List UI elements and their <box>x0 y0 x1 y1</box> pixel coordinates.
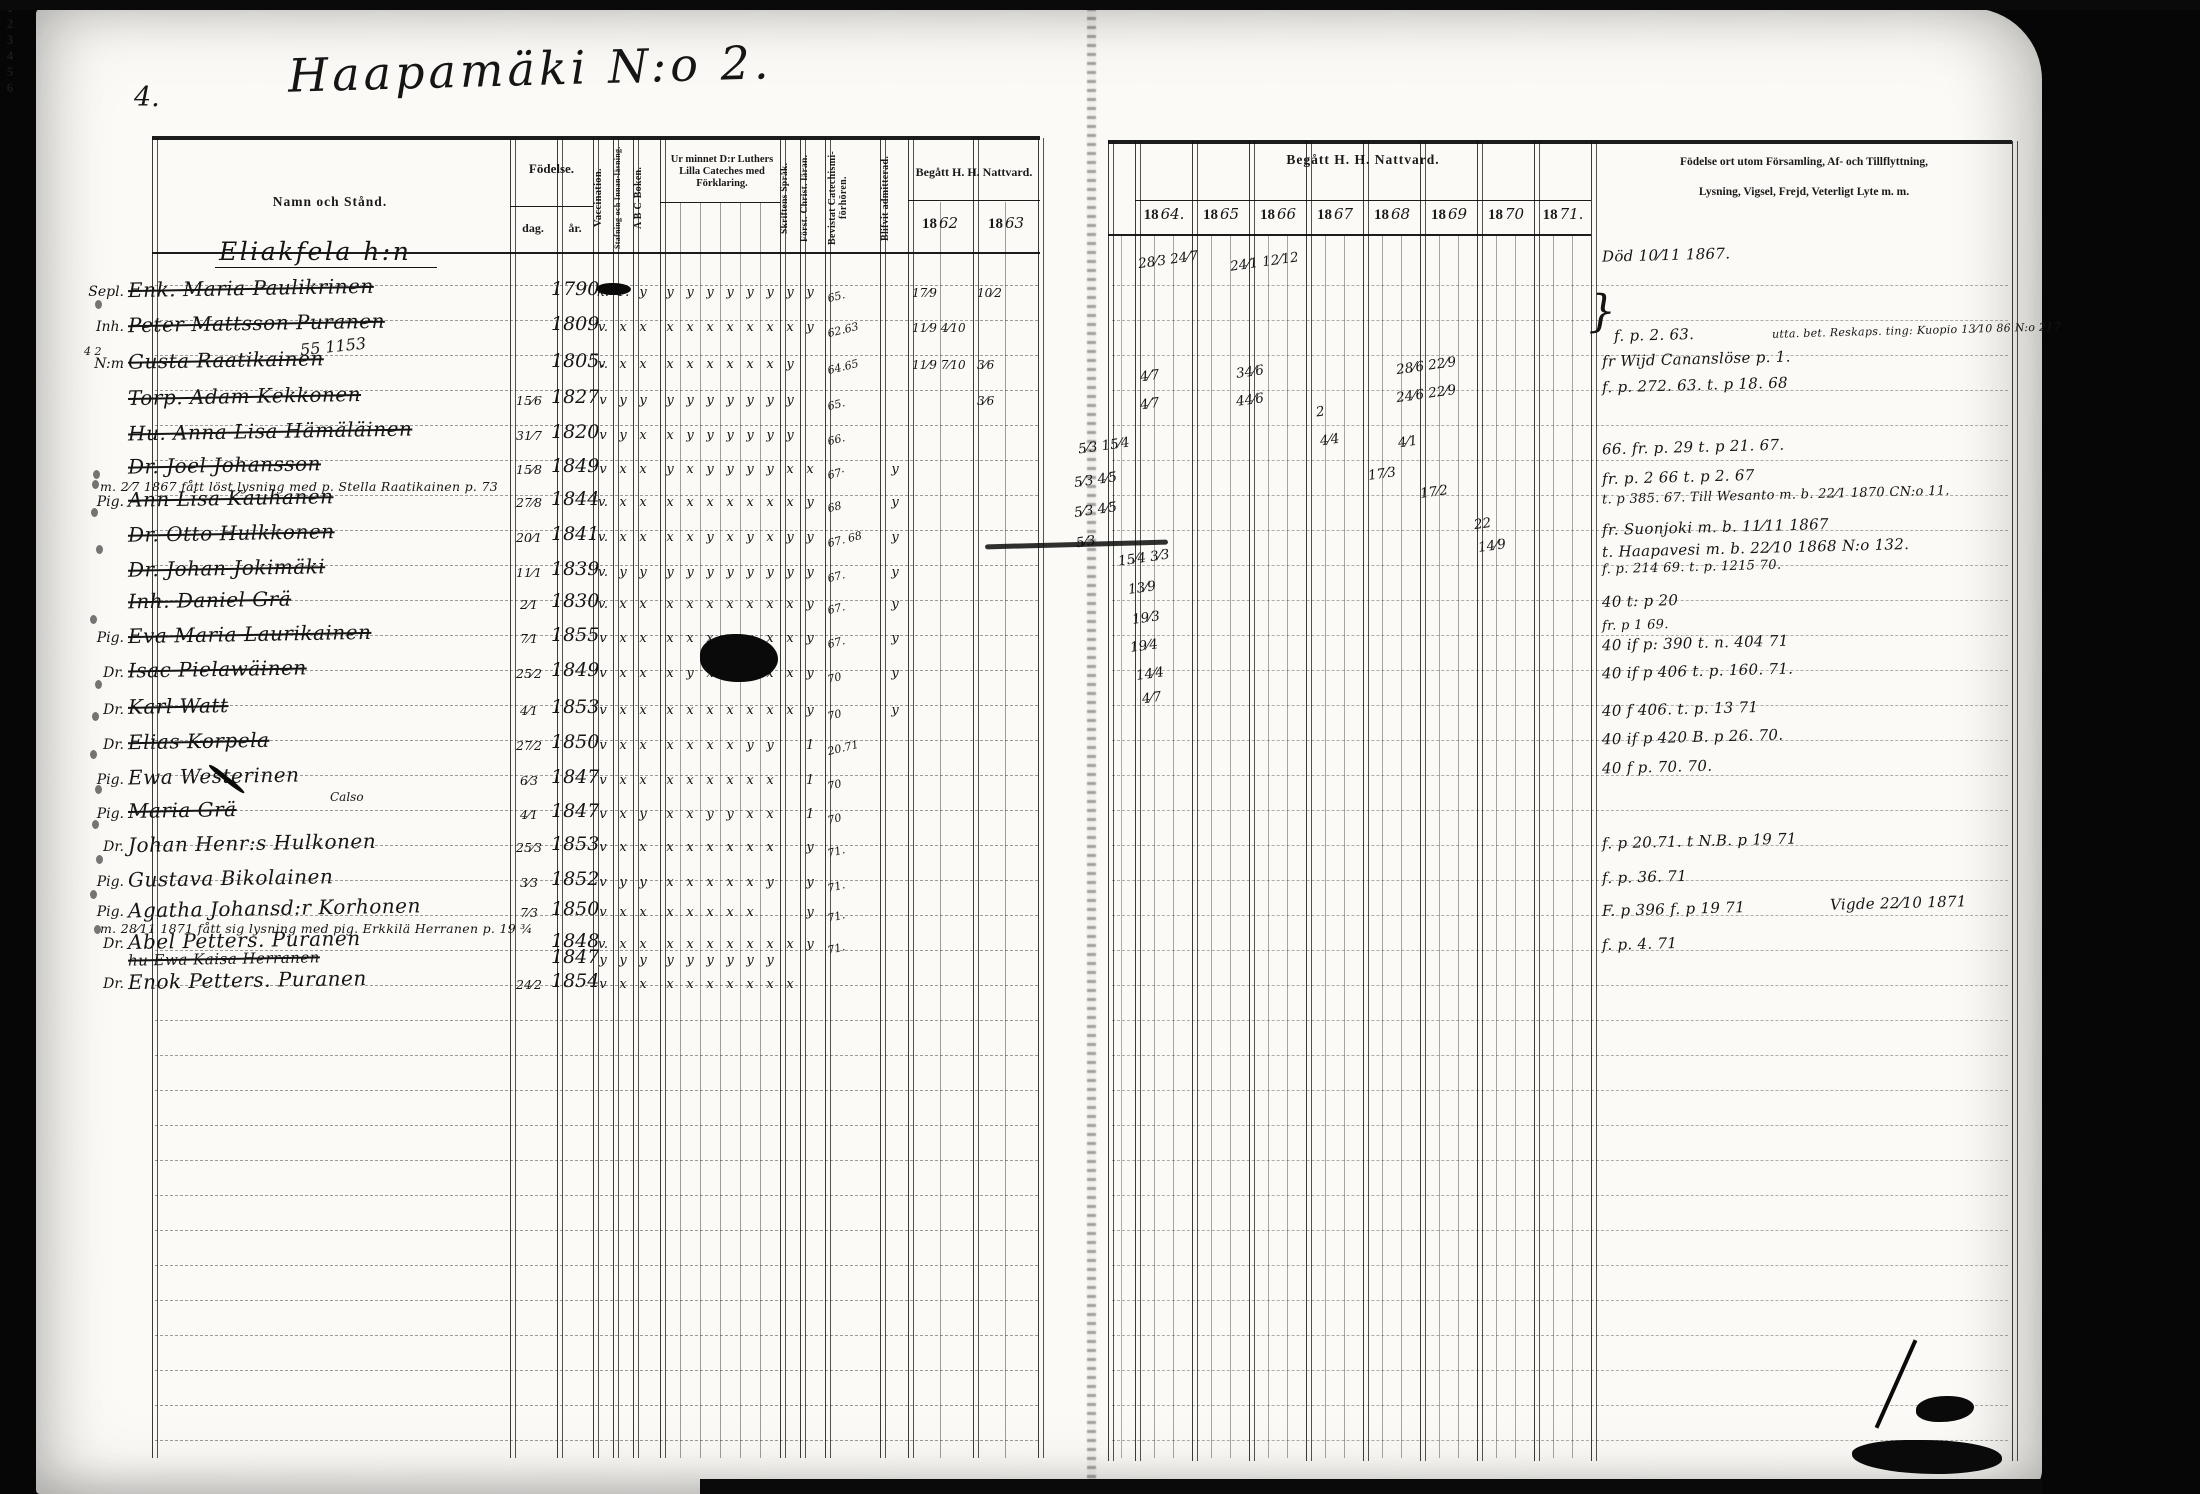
birth-day: 25⁄3 <box>506 840 552 855</box>
skill-mark: x <box>660 738 680 753</box>
skill-mark: y <box>760 393 780 408</box>
skill-mark: v <box>593 977 613 992</box>
birth-day: 11⁄1 <box>506 565 552 580</box>
birth-day: 24⁄2 <box>506 977 552 992</box>
migration-note: f. p. 2. 63. <box>1614 325 1695 345</box>
skill-mark: x <box>633 597 653 612</box>
migration-note: } <box>1587 286 1617 338</box>
skill-mark: x <box>700 738 720 753</box>
catechism-col-4: 4 <box>0 48 20 64</box>
column-header-name: Namn och Stånd. <box>160 192 500 212</box>
interlinear-note: Calso <box>330 790 364 804</box>
ruling-line <box>1112 1265 2008 1266</box>
table-border-line <box>1108 140 2012 144</box>
year-handwritten: 68 <box>1391 205 1410 223</box>
skill-mark: v <box>593 631 613 646</box>
skill-mark: x <box>760 807 780 822</box>
admitted-mark: y <box>884 631 906 646</box>
skill-mark: y <box>660 285 680 300</box>
margin-abbreviation: Dr. <box>80 976 124 992</box>
skill-mark: x <box>700 840 720 855</box>
margin-abbreviation: Dr. <box>80 839 124 855</box>
skill-mark: v <box>593 807 613 822</box>
page-number: 4. <box>134 82 160 113</box>
margin-speck <box>95 785 102 794</box>
skill-mark: x <box>700 875 720 890</box>
skill-mark: x <box>700 597 720 612</box>
birth-day: 4⁄1 <box>506 703 552 718</box>
skill-mark: x <box>660 428 680 443</box>
skill-mark: x <box>720 840 740 855</box>
margin-number: 4 2 <box>84 345 102 358</box>
year-1869: 1869 <box>1419 205 1479 224</box>
ruling-line <box>1112 1055 2008 1056</box>
skill-mark: y <box>740 428 760 443</box>
skill-mark: v <box>593 393 613 408</box>
skill-mark: y <box>613 875 633 890</box>
entry-row: Dr.Enok Petters. Puranen24⁄21854vxxxxxxx… <box>0 966 2200 992</box>
skill-mark: x <box>613 357 633 372</box>
skill-mark: v. <box>593 565 613 580</box>
year-handwritten: 62 <box>939 214 958 232</box>
skill-mark: x <box>780 597 800 612</box>
communion-1862: 11⁄9 4⁄10 <box>912 321 972 335</box>
skill-mark: y <box>780 530 800 545</box>
skill-mark: y <box>720 428 740 443</box>
skill-mark: y <box>800 597 820 612</box>
skill-mark: y <box>800 840 820 855</box>
table-border-line <box>1108 234 1591 236</box>
skill-mark: x <box>633 530 653 545</box>
skill-mark: v. <box>593 495 613 510</box>
skill-mark: x <box>780 703 800 718</box>
skill-mark: x <box>660 977 680 992</box>
migration-note: 40 f p. 70. 70. <box>1602 757 1713 778</box>
skill-mark: x <box>613 631 633 646</box>
communion-date-mark: 4⁄1 <box>1397 433 1418 452</box>
skill-mark: x <box>660 807 680 822</box>
skill-mark: x <box>760 495 780 510</box>
skill-mark: x <box>700 320 720 335</box>
communion-1863: 3⁄6 <box>977 394 1037 408</box>
admitted-mark: y <box>884 495 906 510</box>
skill-mark: y <box>613 565 633 580</box>
entry-row: Dr.Karl Watt4⁄11853vxxxxxxxxxy70y <box>0 692 2200 718</box>
skill-mark: x <box>660 320 680 335</box>
skill-mark: x <box>740 703 760 718</box>
skill-mark: x <box>680 495 700 510</box>
communion-1863: 10⁄2 <box>977 286 1037 300</box>
person-name: Enok Petters. Puranen <box>128 966 367 994</box>
skill-mark: x <box>680 597 700 612</box>
year-1863: 1863 <box>976 214 1036 233</box>
skill-mark: x <box>740 357 760 372</box>
year-printed: 18 <box>1203 207 1218 223</box>
person-name: Eva Maria Laurikainen <box>128 620 372 648</box>
skill-mark: x <box>720 357 740 372</box>
skill-mark: x <box>613 807 633 822</box>
year-1862: 1862 <box>910 214 970 233</box>
skill-mark: x <box>700 703 720 718</box>
skill-mark: x <box>660 495 680 510</box>
skill-mark: x <box>633 977 653 992</box>
margin-speck <box>92 480 99 489</box>
birth-year: 1854 <box>551 970 595 992</box>
skill-mark: v <box>593 428 613 443</box>
ink-blot <box>597 283 631 295</box>
skill-mark: x <box>720 320 740 335</box>
admitted-mark: y <box>884 666 906 681</box>
skill-mark: 1 <box>800 807 820 822</box>
skill-mark: y <box>760 565 780 580</box>
communion-date-mark: 22 <box>1473 515 1492 533</box>
skill-mark: y <box>740 393 760 408</box>
margin-speck <box>90 615 97 624</box>
skill-mark: x <box>700 773 720 788</box>
skill-mark: v <box>593 703 613 718</box>
skill-mark: x <box>720 530 740 545</box>
person-name: Isac Pielawäinen <box>128 655 307 682</box>
person-name: Torp. Adam Kekkonen <box>128 382 361 410</box>
person-name: Maria Grä <box>128 797 237 823</box>
skill-mark: x <box>633 631 653 646</box>
person-name: Enk. Maria Paulikrinen <box>128 274 374 302</box>
skill-mark: x <box>613 666 633 681</box>
entry-row: Torp. Adam Kekkonen15⁄61827vyyyyyyyyy65.… <box>0 382 2200 408</box>
communion-date-mark: 2 <box>1315 403 1326 420</box>
skill-mark: x <box>680 703 700 718</box>
migration-note: 40 t: p 20 <box>1602 591 1679 611</box>
skill-mark: y <box>680 666 700 681</box>
birth-year: 1820 <box>551 421 595 443</box>
skill-mark: y <box>800 875 820 890</box>
column-header-catechism: Ur minnet D:r Luthers Lilla Cateches med… <box>660 142 784 202</box>
skill-mark: y <box>633 393 653 408</box>
skill-mark: x <box>660 530 680 545</box>
skill-mark: y <box>800 631 820 646</box>
skill-mark: y <box>633 565 653 580</box>
year-printed: 18 <box>1543 207 1558 223</box>
skill-mark: x <box>680 357 700 372</box>
skill-mark: x <box>720 875 740 890</box>
skill-mark: x <box>633 666 653 681</box>
skill-mark: y <box>800 495 820 510</box>
skill-mark: x <box>633 428 653 443</box>
skill-mark: y <box>740 565 760 580</box>
year-printed: 18 <box>1260 207 1275 223</box>
skill-mark: y <box>760 738 780 753</box>
skill-mark: x <box>633 840 653 855</box>
birth-year: 1790 <box>551 278 595 300</box>
skill-mark: v <box>593 738 613 753</box>
birth-year: 1841 <box>551 523 595 545</box>
person-name: Inh. Daniel Grä <box>128 587 292 614</box>
ruling-line <box>1112 1090 2008 1091</box>
skill-mark: x <box>760 977 780 992</box>
migration-note: f. p. 4. 71 <box>1602 934 1678 954</box>
margin-speck <box>91 508 98 517</box>
margin-speck <box>92 712 99 721</box>
skill-mark: x <box>613 703 633 718</box>
skill-mark: x <box>660 631 680 646</box>
birth-day: 2⁄1 <box>506 597 552 612</box>
year-handwritten: 67 <box>1334 205 1353 223</box>
entry-row: Pig.Gustava Bikolainen3⁄31852vyyxxxxxyy7… <box>0 864 2200 890</box>
skill-mark: x <box>633 773 653 788</box>
birth-day: 4⁄1 <box>506 807 552 822</box>
skill-mark: y <box>700 807 720 822</box>
entry-row: Dr.Elias Korpela27⁄21850vxxxxxxyy120.71 <box>0 727 2200 753</box>
admitted-mark: y <box>884 530 906 545</box>
communion-1862: 11⁄9 7⁄10 <box>912 358 972 372</box>
birth-day: 20⁄1 <box>506 530 552 545</box>
year-handwritten: 65 <box>1220 205 1239 223</box>
ruling-line <box>1112 1405 2008 1406</box>
birth-year: 1830 <box>551 590 595 612</box>
skill-mark: y <box>720 565 740 580</box>
skill-mark: x <box>740 875 760 890</box>
column-header-catechism-meetings: Bevistat Catechismi-förhören. <box>827 146 877 250</box>
birth-year: 1839 <box>551 558 595 580</box>
skill-mark: x <box>740 807 760 822</box>
skill-mark: y <box>680 393 700 408</box>
skill-mark: y <box>680 565 700 580</box>
birth-day: 31⁄7 <box>506 428 552 443</box>
catechism-col-3: 3 <box>0 32 20 48</box>
year-1865: 1865 <box>1191 205 1251 224</box>
migration-note: F. p 396 f. p 19 71 <box>1602 898 1745 920</box>
skill-mark: x <box>613 738 633 753</box>
skill-mark: x <box>720 703 740 718</box>
skill-mark: x <box>700 495 720 510</box>
year-1866: 1866 <box>1248 205 1308 224</box>
person-name: Gustava Bikolainen <box>128 864 334 892</box>
ruling-line <box>1112 1335 2008 1336</box>
margin-abbreviation: Dr. <box>80 737 124 753</box>
skill-mark: x <box>780 631 800 646</box>
year-printed: 18 <box>988 216 1003 232</box>
column-header-birth-day: dag. <box>510 220 556 236</box>
entry-row: Pig.Eva Maria Laurikainen7⁄11855vxxxxxxx… <box>0 620 2200 646</box>
year-handwritten: 63 <box>1005 214 1024 232</box>
skill-mark: y <box>780 565 800 580</box>
margin-abbreviation: Dr. <box>80 702 124 718</box>
birth-day: 27⁄8 <box>506 495 552 510</box>
communion-date-mark: 4⁄7 <box>1141 689 1162 708</box>
year-1864: 1864. <box>1134 205 1194 224</box>
column-header-notes-line1: Födelse ort utom Församling, Af- och Til… <box>1596 154 2012 170</box>
margin-abbreviation: Pig. <box>80 630 124 646</box>
skill-mark: x <box>613 495 633 510</box>
entry-row: Pig.Ewa Westerinen6⁄31847vxxxxxxxx170 <box>0 762 2200 788</box>
birth-year: 1850 <box>551 731 595 753</box>
skill-mark: x <box>740 840 760 855</box>
skill-mark: x <box>720 977 740 992</box>
year-handwritten: 64. <box>1161 205 1185 223</box>
ruling-line <box>1112 1370 2008 1371</box>
skill-mark: v <box>593 840 613 855</box>
section-heading: Eliakfela h:n <box>215 237 437 268</box>
skill-mark: x <box>680 840 700 855</box>
skill-mark: x <box>720 738 740 753</box>
person-name: Dr. Johan Jokimäki <box>128 554 326 581</box>
skill-mark: x <box>760 357 780 372</box>
skill-mark: x <box>760 597 780 612</box>
year-1870: 1870 <box>1476 205 1536 224</box>
skill-mark: v <box>593 875 613 890</box>
skill-mark: x <box>680 738 700 753</box>
margin-abbreviation: Pig. <box>80 772 124 788</box>
skill-mark: x <box>700 977 720 992</box>
skill-mark: x <box>760 840 780 855</box>
skill-mark: x <box>633 357 653 372</box>
skill-mark: y <box>800 285 820 300</box>
birth-year: 1847 <box>551 946 595 968</box>
skill-mark: x <box>760 703 780 718</box>
person-name: Dr. Otto Hulkkonen <box>128 519 335 547</box>
skill-mark: y <box>800 320 820 335</box>
year-printed: 18 <box>1488 207 1503 223</box>
margin-abbreviation: N:m <box>80 356 124 372</box>
table-border-line <box>510 206 593 207</box>
skill-mark: x <box>700 357 720 372</box>
skill-mark: x <box>660 773 680 788</box>
skill-mark: y <box>720 285 740 300</box>
margin-abbreviation: Pig. <box>80 874 124 890</box>
skill-mark: x <box>720 773 740 788</box>
skill-mark: y <box>613 428 633 443</box>
skill-mark: x <box>660 597 680 612</box>
ruling-line <box>1112 1440 2008 1441</box>
skill-mark: y <box>660 565 680 580</box>
margin-speck <box>93 470 100 479</box>
ruling-line <box>1112 1125 2008 1126</box>
person-name: Elias Korpela <box>128 728 270 754</box>
skill-mark: x <box>613 840 633 855</box>
skill-mark: x <box>760 530 780 545</box>
skill-mark: y <box>740 285 760 300</box>
skill-mark: y <box>800 703 820 718</box>
birth-day: 27⁄2 <box>506 738 552 753</box>
ink-blot <box>700 634 778 682</box>
skill-mark: x <box>740 773 760 788</box>
birth-year: 1805. <box>551 350 595 372</box>
skill-mark: x <box>633 703 653 718</box>
skill-mark: y <box>780 428 800 443</box>
year-printed: 18 <box>1144 207 1159 223</box>
skill-mark: x <box>680 773 700 788</box>
year-printed: 18 <box>922 216 937 232</box>
skill-mark: y <box>633 285 653 300</box>
skill-mark: y <box>760 875 780 890</box>
year-1868: 1868 <box>1362 205 1422 224</box>
skill-mark: x <box>613 320 633 335</box>
scan-edge-bottom <box>700 1479 2042 1494</box>
skill-mark: 1 <box>800 773 820 788</box>
margin-speck <box>95 680 102 689</box>
birth-year: 1849 <box>551 659 595 681</box>
skill-mark: x <box>660 875 680 890</box>
book-fold-gutter <box>1087 8 1096 1494</box>
skill-mark: y <box>760 428 780 443</box>
person-name: Hu. Anna Lisa Hämäläinen <box>128 417 413 446</box>
ruling-line <box>1112 1300 2008 1301</box>
skill-mark: x <box>660 357 680 372</box>
skill-mark: x <box>740 495 760 510</box>
margin-abbreviation: Pig. <box>80 494 124 510</box>
skill-mark: x <box>660 666 680 681</box>
year-handwritten: 69 <box>1448 205 1467 223</box>
margin-speck <box>90 750 97 759</box>
margin-speck <box>94 925 101 934</box>
margin-speck <box>95 300 102 309</box>
skill-mark: x <box>720 495 740 510</box>
entry-row: Inh. Daniel Grä2⁄11830v.xxxxxxxxxy67.y <box>0 586 2200 612</box>
margin-speck <box>92 820 99 829</box>
margin-speck <box>96 545 103 554</box>
column-header-notes-line2: Lysning, Vigsel, Frejd, Veterligt Lyte m… <box>1596 184 2012 200</box>
skill-mark: y <box>800 666 820 681</box>
skill-mark: y <box>740 530 760 545</box>
skill-mark: x <box>780 495 800 510</box>
margin-speck <box>96 855 103 864</box>
year-1867: 1867 <box>1305 205 1365 224</box>
skill-mark: x <box>680 530 700 545</box>
communion-date-mark: 4⁄7 <box>1139 395 1160 414</box>
year-handwritten: 66 <box>1277 205 1296 223</box>
entry-row: Dr. Johan Jokimäki11⁄11839v.yyyyyyyyyy67… <box>0 554 2200 580</box>
skill-mark: x <box>680 631 700 646</box>
ruling-line <box>1112 1230 2008 1231</box>
person-name: Peter Mattsson Puranen <box>128 309 385 337</box>
birth-day: 7⁄1 <box>506 631 552 646</box>
skill-mark: v <box>593 666 613 681</box>
skill-mark: y <box>633 875 653 890</box>
admitted-mark: y <box>884 597 906 612</box>
migration-note: Död 10⁄11 1867. <box>1602 244 1731 265</box>
margin-speck <box>90 890 97 899</box>
skill-mark: v. <box>593 597 613 612</box>
birth-year: 1853 <box>551 833 595 855</box>
skill-mark: y <box>680 428 700 443</box>
migration-note: f. p. 36. 71 <box>1602 867 1687 887</box>
ruling-line <box>1112 1020 2008 1021</box>
birth-year: 1852 <box>551 868 595 890</box>
admitted-mark: y <box>884 565 906 580</box>
person-name: Karl Watt <box>128 693 229 719</box>
birth-year: 1853 <box>551 696 595 718</box>
scan-edge-top <box>0 0 2200 10</box>
skill-mark: y <box>700 393 720 408</box>
skill-mark: x <box>660 840 680 855</box>
communion-1863: 3⁄6 <box>977 358 1037 372</box>
skill-mark: x <box>613 597 633 612</box>
skill-mark: y <box>740 738 760 753</box>
communion-date-mark: 4⁄7 <box>1139 367 1160 386</box>
birth-day: 25⁄2 <box>506 666 552 681</box>
skill-mark: v. <box>593 530 613 545</box>
margin-abbreviation: Inh. <box>80 319 124 335</box>
skill-mark: x <box>613 773 633 788</box>
year-1871: 1871. <box>1533 205 1593 224</box>
year-handwritten: 71. <box>1560 205 1584 223</box>
person-name: Johan Henr:s Hulkonen <box>128 829 377 857</box>
margin-abbreviation: Dr. <box>80 665 124 681</box>
year-printed: 18 <box>1374 207 1389 223</box>
ruling-line <box>1112 1160 2008 1161</box>
catechism-col-6: 6 <box>0 80 20 96</box>
skill-mark: x <box>740 977 760 992</box>
